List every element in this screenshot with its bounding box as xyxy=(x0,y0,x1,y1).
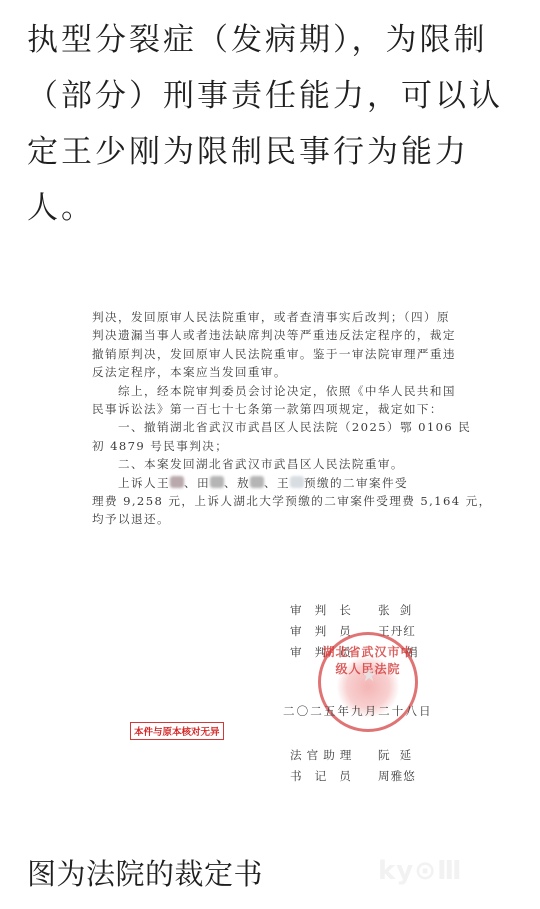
redacted-name xyxy=(170,476,184,488)
court-ruling-image: 判决，发回原审人民法院重审，或者查清事实后改判；（四）原 判决遗漏当事人或者违法… xyxy=(0,240,540,830)
ruling-line: 二、本案发回湖北省武汉市武昌区人民法院重审。 xyxy=(92,455,462,473)
clerk-row: 书记员周雅悠 xyxy=(290,768,416,784)
clerk-name: 周雅悠 xyxy=(378,768,416,784)
intro-line: 定王少刚为限制民事行为能力 xyxy=(27,124,517,180)
image-caption: 图为法院的裁定书 xyxy=(27,852,263,893)
clerk-name: 阮延 xyxy=(378,747,421,763)
signature-row: 审判长张剑 xyxy=(290,602,421,618)
intro-line: 执型分裂症（发病期），为限制 xyxy=(27,12,517,68)
signature-name: 张剑 xyxy=(378,602,421,618)
verification-stamp: 本件与原本核对无异 xyxy=(130,722,224,740)
fee-text: 、田 xyxy=(184,476,210,490)
redacted-name xyxy=(210,476,224,488)
ruling-date: 二〇二五年九月二十八日 xyxy=(283,703,433,719)
intro-line: 人。 xyxy=(27,180,517,236)
clerk-row: 法官助理阮延 xyxy=(290,747,421,763)
redacted-name xyxy=(250,476,264,488)
fee-line: 上诉人王、田、敖、王预缴的二审案件受 xyxy=(92,474,462,492)
fee-text: 、敖 xyxy=(224,476,250,490)
fee-text: 、王 xyxy=(264,476,290,490)
ruling-line: 撤销原判决，发回原审人民法院重审。鉴于一审法院审理严重违 xyxy=(92,345,462,363)
ruling-line: 初 4879 号民事判决； xyxy=(92,437,462,455)
national-emblem-icon: ★ xyxy=(361,665,377,686)
fee-text: 预缴的二审案件受 xyxy=(304,476,408,490)
ruling-line: 综上，经本院审判委员会讨论决定，依照《中华人民共和国 xyxy=(92,382,462,400)
ruling-body-text: 判决，发回原审人民法院重审，或者查清事实后改判；（四）原 判决遗漏当事人或者违法… xyxy=(92,308,462,529)
fee-text: 上诉人王 xyxy=(118,476,170,490)
ruling-line: 反法定程序，本案应当发回重审。 xyxy=(92,363,462,381)
ruling-line: 民事诉讼法》第一百七十七条第一款第四项规定，裁定如下： xyxy=(92,400,462,418)
ruling-line: 一、撤销湖北省武汉市武昌区人民法院（2025）鄂 0106 民 xyxy=(92,418,462,436)
ruling-line: 理费 9,258 元，上诉人湖北大学预缴的二审案件受理费 5,164 元， xyxy=(92,492,462,510)
watermark-logo: ky⊙Ⅲ xyxy=(378,856,463,886)
ruling-line: 判决，发回原审人民法院重审，或者查清事实后改判；（四）原 xyxy=(92,308,462,326)
ruling-line: 判决遗漏当事人或者违法缺席判决等严重违反法定程序的，裁定 xyxy=(92,326,462,344)
signature-role: 审判长 xyxy=(290,602,378,618)
redacted-name xyxy=(290,476,304,488)
clerk-role: 法官助理 xyxy=(290,747,378,763)
intro-paragraph: 执型分裂症（发病期），为限制 （部分）刑事责任能力，可以认 定王少刚为限制民事行… xyxy=(27,12,517,236)
clerk-role: 书记员 xyxy=(290,768,378,784)
ruling-line: 均予以退还。 xyxy=(92,510,462,528)
intro-line: （部分）刑事责任能力，可以认 xyxy=(27,68,517,124)
